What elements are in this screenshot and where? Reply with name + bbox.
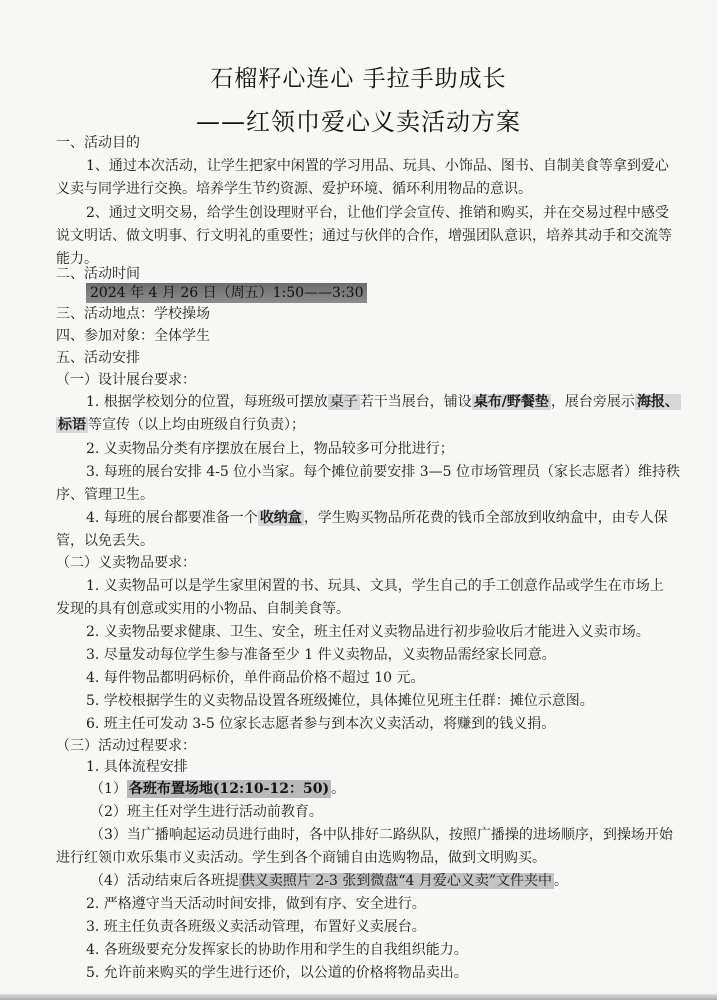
items-req-4: 4. 每件物品都明码标价，单件商品价格不超过 10 元。 bbox=[86, 669, 425, 687]
scan-edge bbox=[0, 994, 717, 1000]
booth-item-3-line-2: 序、管理卫生。 bbox=[56, 486, 154, 504]
purpose-paragraph-1-line-2: 义卖与同学进行交换。培养学生节约资源、爱护环境、循环利用物品的意识。 bbox=[56, 180, 532, 198]
purpose-paragraph-1-line-1: 1、通过本次活动，让学生把家中闲置的学习用品、玩具、小饰品、图书、自制美食等拿到… bbox=[86, 157, 669, 175]
text-span: ，学生购买物品所花费的钱币全部放到收纳盒中，由专人保 bbox=[304, 510, 668, 526]
highlight-slogan: 标语 bbox=[56, 417, 88, 433]
text-span: ，展台旁展示 bbox=[551, 394, 635, 410]
process-flow-step-2: （2）班主任对学生进行活动前教育。 bbox=[90, 803, 323, 821]
process-flow-step-3-line-1: （3）当广播响起运动员进行曲时，各中队排好二路纵队，按照广播操的进场顺序，到操场… bbox=[90, 826, 673, 844]
text-span: 1. 根据学校划分的位置，每班级可摆放 bbox=[86, 394, 328, 410]
purpose-paragraph-2-line-2: 说文明话、做文明事、行文明礼的重要性；通过与伙伴的合作，增强团队意识，培养其动手… bbox=[56, 227, 672, 245]
document-page: 石榴籽心连心 手拉手助成长 ——红领巾爱心义卖活动方案 一、活动目的 1、通过本… bbox=[0, 0, 717, 1000]
highlight-tablecloth: 桌布/野餐垫 bbox=[472, 394, 551, 410]
booth-item-1-line-1: 1. 根据学校划分的位置，每班级可摆放桌子若干当展台，铺设桌布/野餐垫，展台旁展… bbox=[86, 393, 681, 411]
subsection-heading-process: （三）活动过程要求： bbox=[56, 737, 196, 755]
text-span: 。 bbox=[554, 873, 568, 889]
process-req-4: 4. 各班级要充分发挥家长的协助作用和学生的自我组织能力。 bbox=[86, 941, 468, 959]
text-span: （4）活动结束后各班提 bbox=[90, 873, 239, 889]
items-req-1-line-2: 发现的具有创意或实用的小物品、自制美食等。 bbox=[56, 600, 350, 618]
booth-item-3-line-1: 3. 每班的展台安排 4-5 位小当家。每个摊位前要安排 3—5 位市场管理员（… bbox=[86, 463, 680, 481]
process-req-3: 3. 班主任负责各班级义卖活动管理，布置好义卖展台。 bbox=[86, 918, 426, 936]
highlight-storage-box: 收纳盒 bbox=[258, 510, 304, 526]
activity-location: 三、活动地点：学校操场 bbox=[56, 305, 210, 323]
purpose-paragraph-2-line-1: 2、通过文明交易，给学生创设理财平台，让他们学会宣传、推销和购买，并在交易过程中… bbox=[86, 204, 669, 222]
process-req-2: 2. 严格遵守当天活动时间安排，做到有序、安全进行。 bbox=[86, 895, 426, 913]
process-flow-heading: 1. 具体流程安排 bbox=[86, 758, 188, 776]
document-subtitle: ——红领巾爱心义卖活动方案 bbox=[0, 102, 717, 137]
participants: 四、参加对象：全体学生 bbox=[56, 327, 210, 345]
highlight-photo-upload: 供义卖照片 2-3 张到微盘“4 月爱心义卖”文件夹中 bbox=[239, 873, 554, 889]
subsection-heading-booth: （一）设计展台要求： bbox=[56, 371, 196, 389]
highlight-table: 桌子 bbox=[328, 394, 360, 410]
process-req-5: 5. 允许前来购买的学生进行还价，以公道的价格将物品卖出。 bbox=[86, 964, 468, 982]
document-title: 石榴籽心连心 手拉手助成长 bbox=[0, 60, 717, 93]
text-span: 等宣传（以上均由班级自行负责）； bbox=[88, 417, 305, 433]
items-req-2: 2. 义卖物品要求健康、卫生、安全，班主任对义卖物品进行初步验收后才能进入义卖市… bbox=[86, 623, 650, 641]
process-flow-step-4: （4）活动结束后各班提供义卖照片 2-3 张到微盘“4 月爱心义卖”文件夹中。 bbox=[90, 872, 568, 890]
section-heading-time: 二、活动时间 bbox=[56, 265, 140, 283]
text-span: 若干当展台，铺设 bbox=[360, 394, 472, 410]
process-flow-step-3-line-2: 进行红领巾欢乐集市义卖活动。学生到各个商铺自由选购物品，做到文明购买。 bbox=[56, 849, 546, 867]
booth-item-4-line-1: 4. 每班的展台都要准备一个收纳盒，学生购买物品所花费的钱币全部放到收纳盒中，由… bbox=[86, 509, 668, 527]
text-span: 4. 每班的展台都要准备一个 bbox=[86, 510, 258, 526]
booth-item-4-line-2: 管，以免丢失。 bbox=[56, 532, 154, 550]
booth-item-1-line-2: 标语等宣传（以上均由班级自行负责）； bbox=[56, 416, 305, 434]
subsection-heading-items: （二）义卖物品要求： bbox=[56, 554, 196, 572]
activity-time: 2024 年 4 月 26 日（周五）1:50——3:30 bbox=[86, 284, 367, 302]
items-req-3: 3. 尽量发动每位学生参与准备至少 1 件义卖物品，义卖物品需经家长同意。 bbox=[86, 646, 556, 664]
text-span: （1） bbox=[90, 781, 127, 797]
section-heading-purpose: 一、活动目的 bbox=[56, 134, 140, 152]
section-heading-arrangement: 五、活动安排 bbox=[56, 349, 140, 367]
items-req-1-line-1: 1. 义卖物品可以是学生家里闲置的书、玩具、文具，学生自己的手工创意作品或学生在… bbox=[86, 577, 664, 595]
text-span: 。 bbox=[331, 781, 345, 797]
booth-item-2: 2. 义卖物品分类有序摆放在展台上，物品较多可分批进行； bbox=[86, 440, 454, 458]
activity-time-highlight: 2024 年 4 月 26 日（周五）1:50——3:30 bbox=[86, 283, 367, 303]
highlight-setup-time: 各班布置场地(12:10-12：50) bbox=[127, 780, 331, 798]
process-flow-step-1: （1）各班布置场地(12:10-12：50)。 bbox=[90, 780, 345, 798]
items-req-5: 5. 学校根据学生的义卖物品设置各班级摊位，具体摊位见班主任群：摊位示意图。 bbox=[86, 692, 594, 710]
highlight-poster: 海报、 bbox=[635, 394, 681, 410]
items-req-6: 6. 班主任可发动 3-5 位家长志愿者参与到本次义卖活动，将赚到的钱义捐。 bbox=[86, 715, 555, 733]
